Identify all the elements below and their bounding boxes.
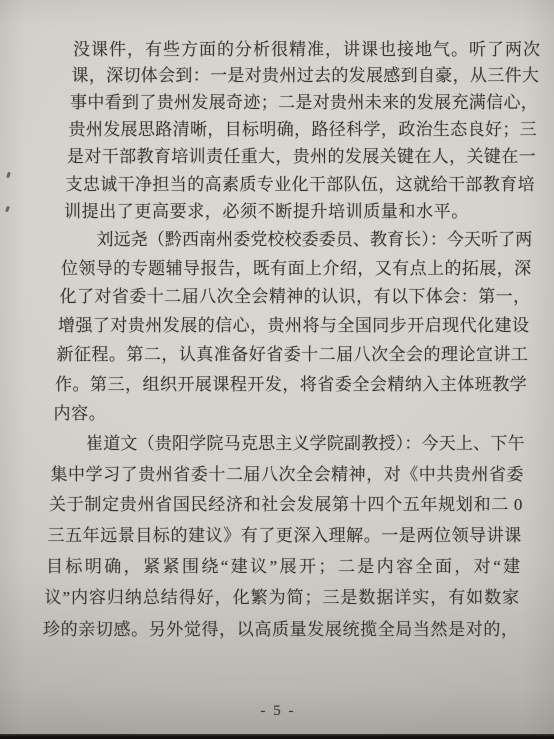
- text-block: 没课件，有些方面的分析很精准，讲课也接地气。听了两次课，深切体会到：一是对贵州过…: [0, 0, 554, 700]
- text-line: 刘远尧（黔西南州委党校校委委员、教育长）：今天听了两: [97, 230, 533, 250]
- text-line: 珍的亲切感。另外觉得，以高质量发展统揽全局当然是对的，: [43, 620, 518, 640]
- text-line: 崔道文（贵阳学院马克思主义学院副教授）：今天上、下午: [86, 434, 525, 454]
- text-line: 集中学习了贵州省委十二届八次全会精神，对《中共贵州省委: [51, 465, 524, 485]
- text-line: 化了对省委十二届八次全会精神的认识，有以下体会：第一，: [60, 287, 531, 307]
- text-line: 议”内容归纳总结得好，化繁为简；三是数据详实，有如数家: [45, 588, 520, 608]
- text-line: 位领导的专题辅导报告，既有面上介绍，又有点上的拓展，深: [61, 259, 531, 279]
- text-line: 目标明确，紧紧围绕“建议”展开；二是内容全面，对“建: [46, 557, 520, 577]
- text-line: 内容。: [54, 404, 526, 424]
- text-line: 支忠诚干净担当的高素质专业化干部队伍，这就给干部教育培: [66, 175, 535, 195]
- text-line: 增强了对贵州发展的信心，贵州将与全国同步开启现代化建设: [58, 316, 529, 336]
- photographed-document-page: 没课件，有些方面的分析很精准，讲课也接地气。听了两次课，深切体会到：一是对贵州过…: [0, 0, 554, 739]
- text-line: 贵州发展思路清晰，目标明确，路径科学，政治生态良好；三: [69, 120, 537, 140]
- page-number: - 5 -: [240, 703, 316, 720]
- text-line: 没课件，有些方面的分析很精准，讲课也接地气。听了两次: [73, 40, 540, 60]
- text-line: 三五年远景目标的建议》有了更深入理解。一是两位领导讲课: [48, 526, 522, 546]
- photo-bottom-edge: [0, 734, 554, 739]
- text-line: 关于制定贵州省国民经济和社会发展第十四个五年规划和二 0: [49, 495, 522, 515]
- text-line: 作。第三，组织开展课程开发，将省委全会精纳入主体班教学: [55, 375, 527, 395]
- text-line: 课，深切体会到：一是对贵州过去的发展感到自豪，从三件大: [72, 66, 539, 86]
- text-line: 新征程。第二，认真准备好省委十二届八次全会的理论宣讲工: [57, 345, 528, 365]
- text-line: 事中看到了贵州发展奇迹；二是对贵州未来的发展充满信心，: [70, 93, 538, 113]
- text-line: 是对干部教育培训责任重大，贵州的发展关键在人，关键在一: [67, 147, 536, 167]
- text-line: 训提出了更高要求，必须不断提升培训质量和水平。: [64, 202, 533, 222]
